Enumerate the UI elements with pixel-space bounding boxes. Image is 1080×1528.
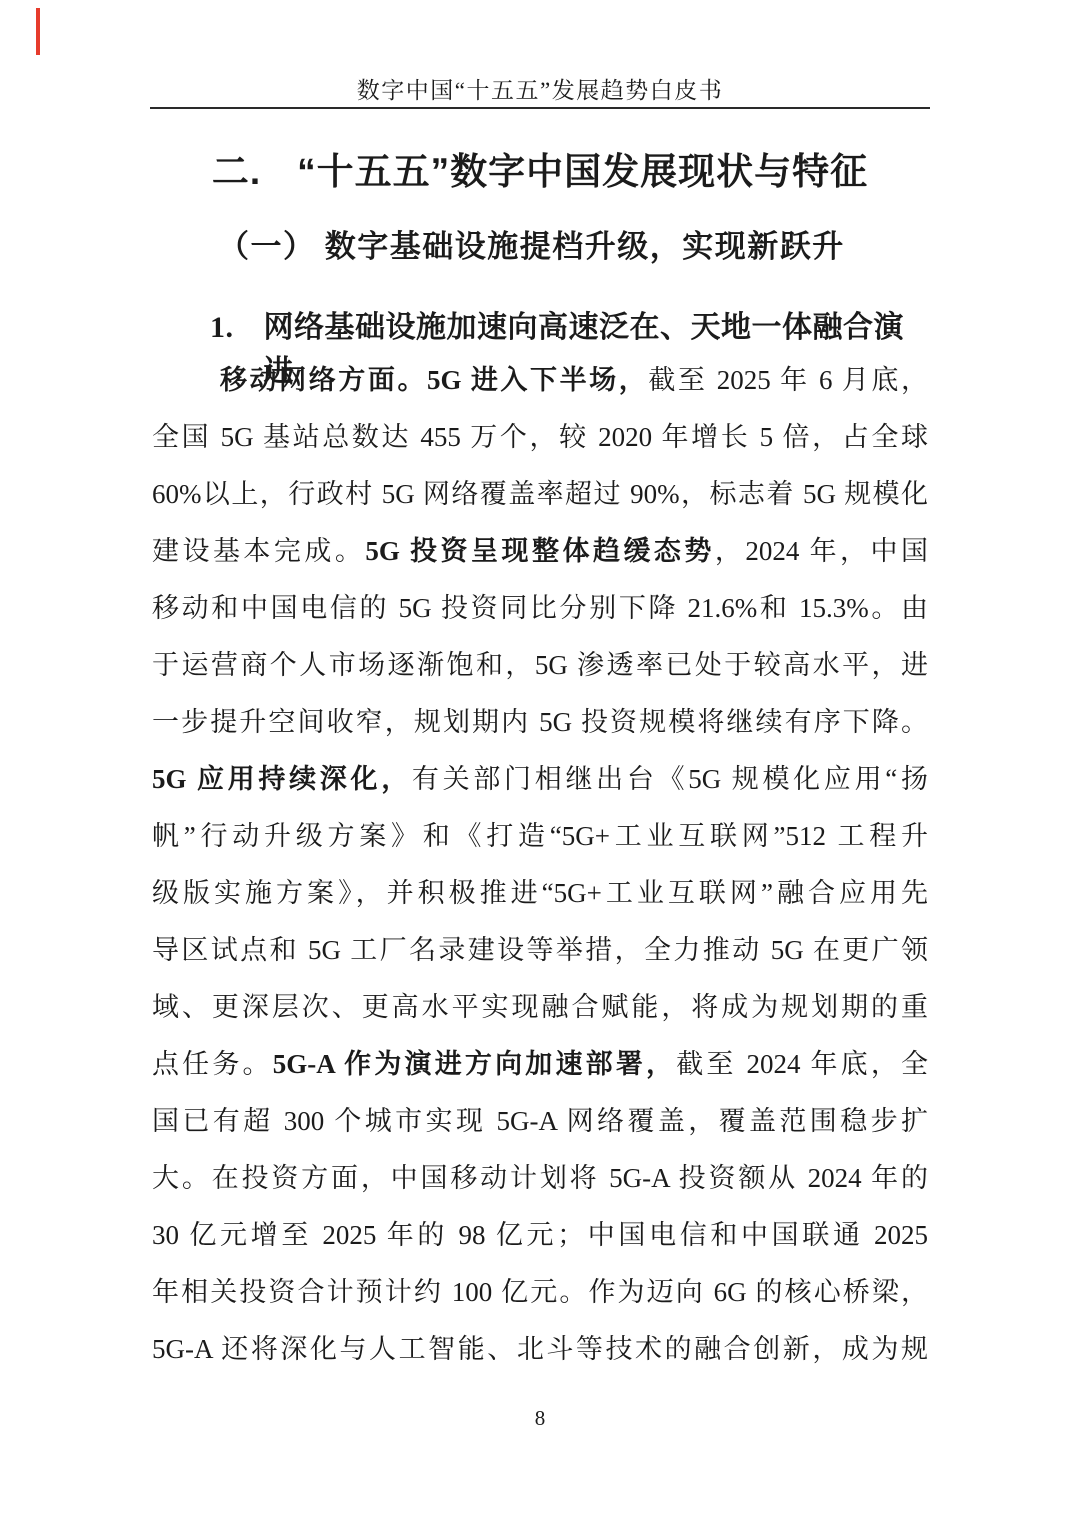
body-line: 移动网络方面。5G 进入下半场，截至 2025 年 6 月底， [152,352,928,409]
bold-text-segment: 5G 应用持续深化， [152,764,412,794]
text-segment: 移动和中国电信的 5G 投资同比分别下降 21.6%和 15.3%。由 [152,593,928,623]
body-line: 大。在投资方面，中国移动计划将 5G-A 投资额从 2024 年的 [152,1150,928,1207]
body-line: 于运营商个人市场逐渐饱和，5G 渗透率已处于较高水平，进 [152,637,928,694]
subsection-heading: （一） 数字基础设施提档升级，实现新跃升 [152,221,928,266]
text-segment: 截至 2024 年底，全 [676,1049,928,1079]
text-segment: 于运营商个人市场逐渐饱和，5G 渗透率已处于较高水平，进 [152,650,928,680]
red-marker-line [36,8,40,55]
body-line: 建设基本完成。5G 投资呈现整体趋缓态势，2024 年，中国 [152,523,928,580]
body-line: 国已有超 300 个城市实现 5G-A 网络覆盖，覆盖范围稳步扩 [152,1093,928,1150]
body-line: 域、更深层次、更高水平实现融合赋能，将成为规划期的重 [152,979,928,1036]
bold-text-segment: 5G-A 作为演进方向加速部署， [273,1049,676,1079]
body-line: 一步提升空间收窄，规划期内 5G 投资规模将继续有序下降。 [152,694,928,751]
text-segment: 域、更深层次、更高水平实现融合赋能，将成为规划期的重 [152,992,928,1022]
body-line: 移动和中国电信的 5G 投资同比分别下降 21.6%和 15.3%。由 [152,580,928,637]
body-line: 导区试点和 5G 工厂名录建设等举措，全力推动 5G 在更广领 [152,922,928,979]
section-heading-number: 1. [210,311,234,345]
text-segment: 导区试点和 5G 工厂名录建设等举措，全力推动 5G 在更广领 [152,935,928,965]
bold-text-segment: 移动网络方面。5G 进入下半场， [220,365,648,395]
running-header: 数字中国“十五五”发展趋势白皮书 [0,72,1080,105]
document-page: 数字中国“十五五”发展趋势白皮书 二.“十五五”数字中国发展现状与特征 （一） … [0,0,1080,1528]
text-segment: 60%以上，行政村 5G 网络覆盖率超过 90%，标志着 5G 规模化 [152,479,928,509]
page-title: 二.“十五五”数字中国发展现状与特征 [0,141,1080,195]
body-line: 5G-A 还将深化与人工智能、北斗等技术的融合创新，成为规 [152,1321,928,1378]
text-segment: 截至 2025 年 6 月底， [648,365,928,395]
text-segment: 大。在投资方面，中国移动计划将 5G-A 投资额从 2024 年的 [152,1163,928,1193]
body-line: 点任务。5G-A 作为演进方向加速部署，截至 2024 年底，全 [152,1036,928,1093]
text-segment: 全国 5G 基站总数达 455 万个，较 2020 年增长 5 倍，占全球 [152,422,928,452]
text-segment: 级版实施方案》，并积极推进“5G+工业互联网”融合应用先 [152,878,928,908]
text-segment: 一步提升空间收窄，规划期内 5G 投资规模将继续有序下降。 [152,707,928,737]
text-segment: 国已有超 300 个城市实现 5G-A 网络覆盖，覆盖范围稳步扩 [152,1106,928,1136]
body-line: 级版实施方案》，并积极推进“5G+工业互联网”融合应用先 [152,865,928,922]
body-line: 帆”行动升级方案》和《打造“5G+工业互联网”512 工程升 [152,808,928,865]
body-line: 30 亿元增至 2025 年的 98 亿元；中国电信和中国联通 2025 [152,1207,928,1264]
text-segment: ，2024 年，中国 [715,536,928,566]
text-segment: 点任务。 [152,1049,273,1079]
text-segment: 5G-A 还将深化与人工智能、北斗等技术的融合创新，成为规 [152,1334,928,1364]
text-segment: 有关部门相继出台《5G 规模化应用“扬 [412,764,928,794]
body-line: 5G 应用持续深化，有关部门相继出台《5G 规模化应用“扬 [152,751,928,808]
text-segment: 年相关投资合计预计约 100 亿元。作为迈向 6G 的核心桥梁， [152,1277,928,1307]
header-divider [150,107,930,109]
body-line: 全国 5G 基站总数达 455 万个，较 2020 年增长 5 倍，占全球 [152,409,928,466]
body-line: 年相关投资合计预计约 100 亿元。作为迈向 6G 的核心桥梁， [152,1264,928,1321]
text-segment: 建设基本完成。 [152,536,365,566]
text-segment: 帆”行动升级方案》和《打造“5G+工业互联网”512 工程升 [152,821,928,851]
bold-text-segment: 5G 投资呈现整体趋缓态势 [365,536,715,566]
page-title-text: “十五五”数字中国发展现状与特征 [297,151,868,192]
page-number: 8 [0,1406,1080,1431]
body-line: 60%以上，行政村 5G 网络覆盖率超过 90%，标志着 5G 规模化 [152,466,928,523]
text-segment: 30 亿元增至 2025 年的 98 亿元；中国电信和中国联通 2025 [152,1220,928,1250]
page-title-number: 二. [212,151,261,192]
body-text: 移动网络方面。5G 进入下半场，截至 2025 年 6 月底，全国 5G 基站总… [152,352,928,1378]
